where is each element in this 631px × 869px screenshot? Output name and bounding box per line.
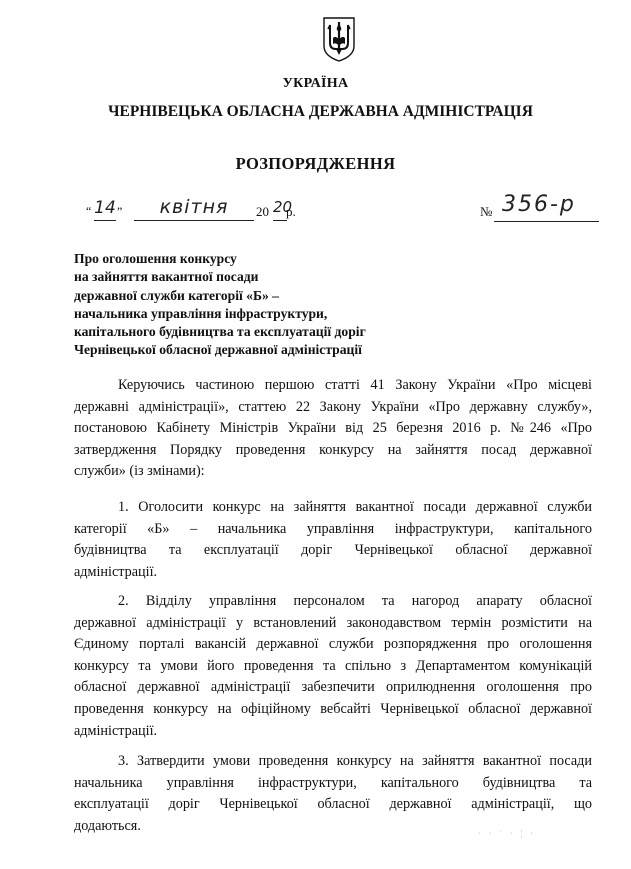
date-month: квітня [134,196,254,221]
document-page: УКРАЇНА ЧЕРНІВЕЦЬКА ОБЛАСНА ДЕРЖАВНА АДМ… [0,0,631,869]
text-line: обласної державної адміністрації забезпе… [74,677,592,699]
text-line: будівництва та експлуатації доріг Чернів… [74,540,592,562]
document-subject: Про оголошення конкурсу на зайняття вака… [74,250,366,360]
date-year-prefix: 20 [256,204,269,220]
organization-name: ЧЕРНІВЕЦЬКА ОБЛАСНА ДЕРЖАВНА АДМІНІСТРАЦ… [0,103,631,121]
date-year: 20 [273,198,287,221]
text-line: 3. Затвердити умови проведення конкурсу … [74,751,592,773]
text-line: експлуатації доріг Чернівецької обласної… [74,794,592,816]
scan-noise: · · ˙ · ¦ · [478,829,536,838]
text-line: служби» (із змінами): [74,461,592,483]
date-year-suffix: р. [286,204,296,220]
text-line: адміністрації. [74,562,592,584]
subject-line: Чернівецької обласної державної адмініст… [74,341,366,359]
text-line: державні адміністрації», статтею 22 Зако… [74,397,592,419]
date-close-quote: ” [117,204,122,219]
country-name: УКРАЇНА [0,76,631,92]
date-open-quote: “ [86,204,91,219]
text-line: постановою Кабінету Міністрів України ві… [74,418,592,440]
text-line: адміністрації. [74,721,592,743]
text-line: затвердження Порядку проведення конкурсу… [74,440,592,462]
subject-line: Про оголошення конкурсу [74,250,366,268]
text-line: Єдиному порталі вакансій державної служб… [74,634,592,656]
document-type: РОЗПОРЯДЖЕННЯ [0,154,631,174]
item-3-paragraph: 3. Затвердити умови проведення конкурсу … [74,751,592,837]
text-line: 2. Відділу управління персоналом та наго… [74,591,592,613]
item-2-paragraph: 2. Відділу управління персоналом та наго… [74,591,592,742]
text-line: начальника управління інфраструктури, ка… [74,773,592,795]
subject-line: на зайняття вакантної посади [74,268,366,286]
trident-coat-of-arms-icon [322,16,356,62]
text-line: 1. Оголосити конкурс на зайняття вакантн… [74,497,592,519]
subject-line: державної служби категорії «Б» – [74,287,366,305]
item-1-paragraph: 1. Оголосити конкурс на зайняття вакантн… [74,497,592,583]
subject-line: капітального будівництва та експлуатації… [74,323,366,341]
text-line: конкурсу та умови його проведення та спі… [74,656,592,678]
document-number: 356-р [494,192,599,222]
subject-line: начальника управління інфраструктури, [74,305,366,323]
text-line: проведення конкурсу на офіційному вебсай… [74,699,592,721]
text-line: категорії «Б» – начальника управління ін… [74,519,592,541]
date-day: 14 [94,198,116,221]
text-line: державної адміністрації у встановлений з… [74,613,592,635]
text-line: Керуючись частиною першою статті 41 Зако… [74,375,592,397]
intro-paragraph: Керуючись частиною першою статті 41 Зако… [74,375,592,483]
number-sign: № [480,204,492,220]
